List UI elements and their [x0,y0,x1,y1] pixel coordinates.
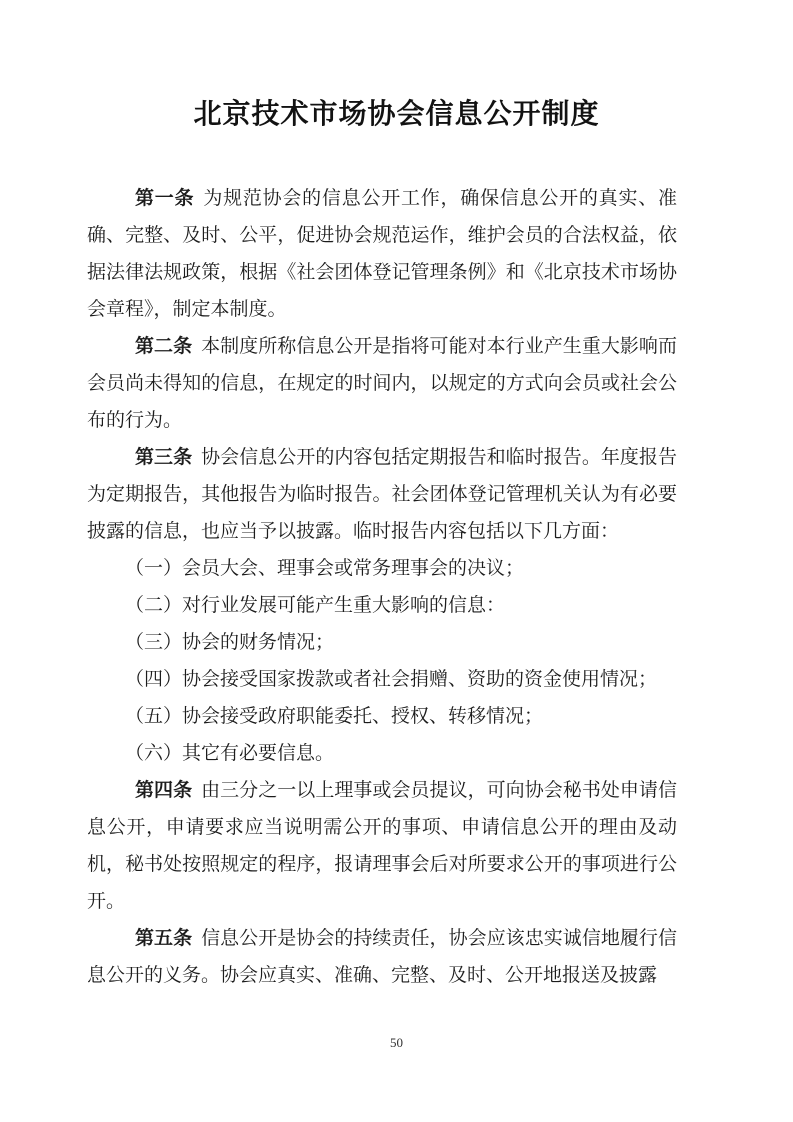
article-2: 第二条本制度所称信息公开是指将可能对本行业产生重大影响而会员尚未得知的信息，在规… [87,328,677,439]
report-item-5: （五）协会接受政府职能委托、授权、转移情况； [87,698,677,735]
report-item-3: （三）协会的财务情况； [87,624,677,661]
document-title: 北京技术市场协会信息公开制度 [0,95,793,135]
report-item-4: （四）协会接受国家拨款或者社会捐赠、资助的资金使用情况； [87,661,677,698]
article-3-label: 第三条 [135,447,192,468]
article-1-label: 第一条 [135,188,194,209]
article-5: 第五条信息公开是协会的持续责任，协会应该忠实诚信地履行信息公开的义务。协会应真实… [87,920,677,994]
report-item-2: （二）对行业发展可能产生重大影响的信息： [87,587,677,624]
article-4-label: 第四条 [135,780,192,801]
article-4: 第四条由三分之一以上理事或会员提议，可向协会秘书处申请信息公开，申请要求应当说明… [87,772,677,920]
article-5-label: 第五条 [135,928,192,949]
document-body: 第一条为规范协会的信息公开工作，确保信息公开的真实、准确、完整、及时、公平，促进… [87,180,677,994]
article-1: 第一条为规范协会的信息公开工作，确保信息公开的真实、准确、完整、及时、公平，促进… [87,180,677,328]
document-page: 北京技术市场协会信息公开制度 第一条为规范协会的信息公开工作，确保信息公开的真实… [0,0,793,1122]
report-item-6: （六）其它有必要信息。 [87,735,677,772]
article-3: 第三条协会信息公开的内容包括定期报告和临时报告。年度报告为定期报告，其他报告为临… [87,439,677,550]
article-2-label: 第二条 [135,336,192,357]
report-item-1: （一）会员大会、理事会或常务理事会的决议； [87,550,677,587]
page-number: 50 [0,1033,793,1053]
